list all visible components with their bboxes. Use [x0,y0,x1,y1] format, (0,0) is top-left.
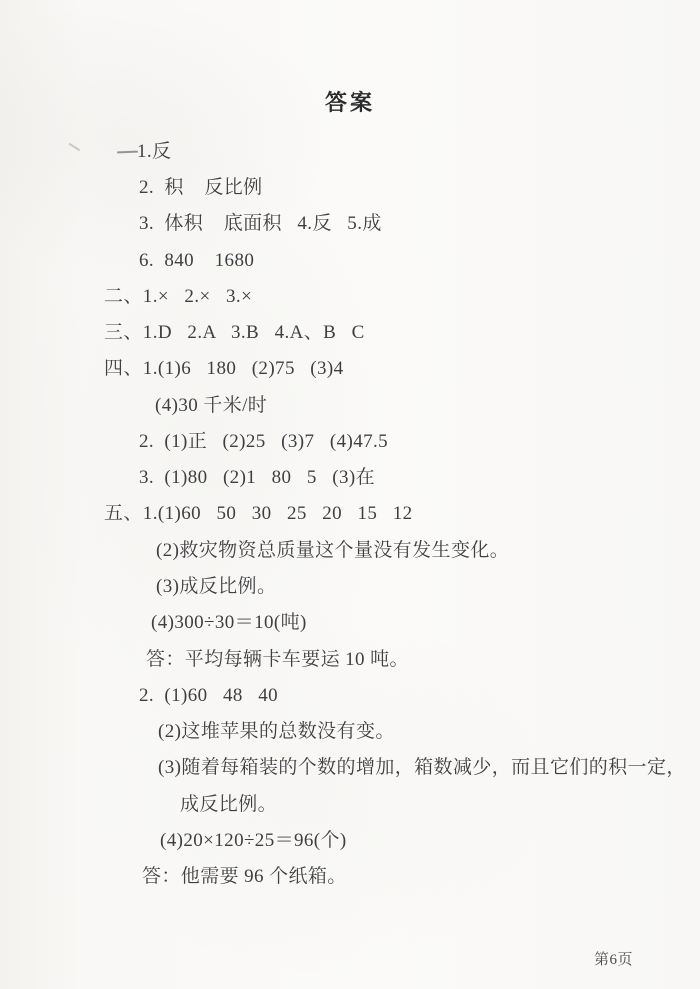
scan-scratch-mark [69,143,81,151]
answer-line: 答：平均每辆卡车要运 10 吨。 [146,648,409,672]
page-number: 第6页 [594,948,633,969]
answer-sheet-page: 答案 1.反 2. 积 反比例 3. 体积 底面积 4.反 5.成 6. 840… [0,0,700,989]
answer-line: 2. 积 反比例 [139,176,263,200]
answer-line: 2. (1)正 (2)25 (3)7 (4)47.5 [139,430,388,454]
answer-line: (4)30 千米/时 [155,394,267,418]
answer-line-section-five: 五、1.(1)60 50 30 25 20 15 12 [104,502,413,526]
answer-line: (3)成反比例。 [156,575,276,599]
answer-line-section-four: 四、1.(1)6 180 (2)75 (3)4 [104,357,344,381]
answer-line: (3)随着每箱装的个数的增加，箱数减少，而且它们的积一定， [158,756,686,780]
page-title: 答案 [0,86,700,117]
answer-line: 6. 840 1680 [139,249,254,273]
answer-line: 3. (1)80 (2)1 80 5 (3)在 [139,466,375,490]
answer-line-section-two: 二、1.× 2.× 3.× [104,285,252,309]
answer-line: (4)20×120÷25＝96(个) [160,829,347,853]
answer-line: 2. (1)60 48 40 [139,684,278,708]
answer-line: 1.反 [137,140,171,164]
answer-line: 答：他需要 96 个纸箱。 [142,865,347,889]
answer-line: 成反比例。 [180,793,277,817]
answer-line: (2)这堆苹果的总数没有变。 [158,720,395,744]
answer-line: (4)300÷30＝10(吨) [151,611,307,635]
scan-dash-artifact [117,151,138,154]
answer-line: 3. 体积 底面积 4.反 5.成 [139,212,382,236]
answer-line: (2)救灾物资总质量这个量没有发生变化。 [156,539,509,563]
answer-line-section-three: 三、1.D 2.A 3.B 4.A、B C [104,321,365,345]
